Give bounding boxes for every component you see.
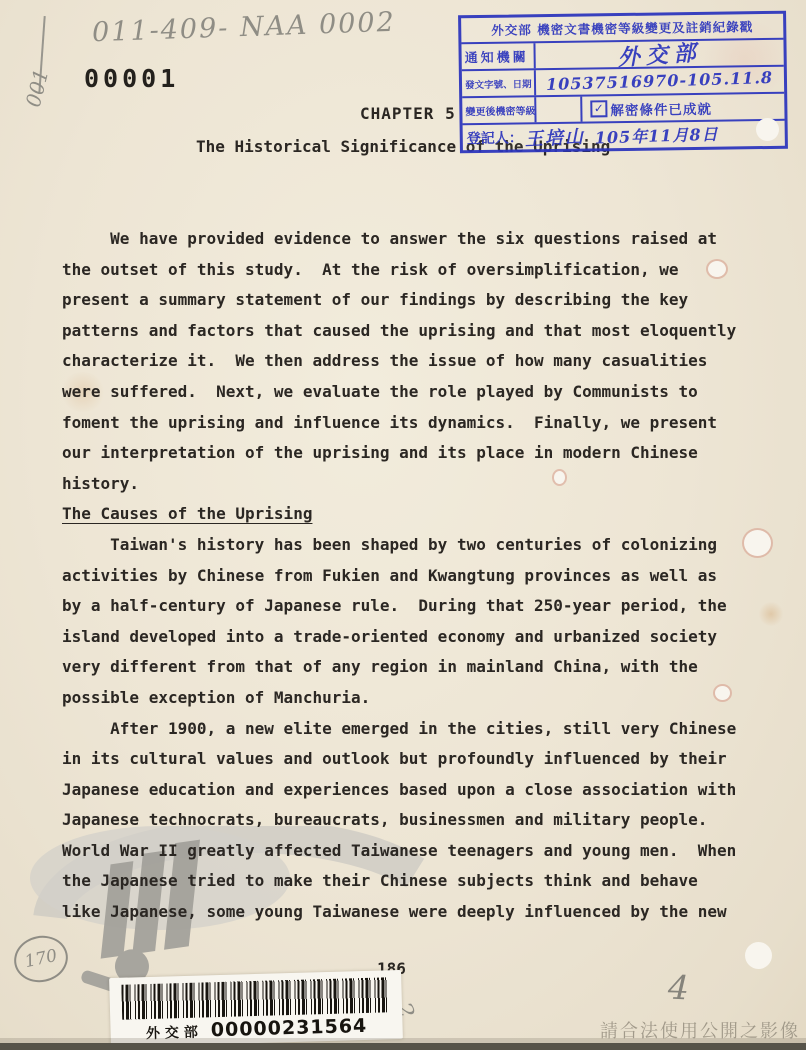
scan-edge <box>0 1043 806 1050</box>
checked-box-icon: ✓ <box>590 100 607 117</box>
stamp-label: 登記人： <box>463 127 523 148</box>
barcode-graphic <box>121 977 390 1019</box>
text-line: the Japanese tried to make their Chinese… <box>62 866 762 897</box>
text-line: foment the uprising and influence its dy… <box>62 408 762 439</box>
classification-record-stamp: 外交部 機密文書機密等級變更及註銷紀錄戳 通知機關 外交部 發文字號、日期 10… <box>458 11 788 154</box>
stamp-label: 通知機關 <box>461 43 535 69</box>
punch-hole <box>554 471 565 484</box>
handwritten-doc-number: 10537516970-105.11.8 <box>546 68 774 94</box>
handwritten-date: 105年11月8日 <box>594 122 718 149</box>
scanned-document-page: 011-409- NAA 0002 001 00001 外交部 機密文書機密等級… <box>0 0 806 1050</box>
punch-hole <box>708 261 726 277</box>
section-heading: The Causes of the Uprising <box>62 499 762 530</box>
text-line: island developed into a trade-oriented e… <box>62 622 762 653</box>
typewritten-body: We have provided evidence to answer the … <box>62 224 762 928</box>
stamp-row-registrar: 登記人： 王培山 105年11月8日 <box>463 121 785 150</box>
barcode-sticker: 外交部 00000231564 <box>109 970 403 1047</box>
stamp-row-notified-agency: 通知機關 外交部 <box>461 40 783 71</box>
punch-hole <box>715 686 730 700</box>
pencil-corner-number: 4 <box>667 968 689 1008</box>
text-line: characterize it. We then address the iss… <box>62 346 762 377</box>
pencil-side-number: 001 <box>21 67 54 110</box>
chapter-heading: CHAPTER 5 <box>360 104 456 123</box>
text-line: were suffered. Next, we evaluate the rol… <box>62 377 762 408</box>
text-line: like Japanese, some young Taiwanese were… <box>62 897 762 928</box>
text-line: very different from that of any region i… <box>62 652 762 683</box>
text-line: our interpretation of the uprising and i… <box>62 438 762 469</box>
sequence-number-stamp: 00001 <box>84 64 179 93</box>
text-line: Japanese technocrats, bureaucrats, busin… <box>62 805 762 836</box>
text-line: by a half-century of Japanese rule. Duri… <box>62 591 762 622</box>
text-line: Japanese education and experiences based… <box>62 775 762 806</box>
text-line: the outset of this study. At the risk of… <box>62 255 762 286</box>
text-line: Taiwan's history has been shaped by two … <box>62 530 762 561</box>
text-line: World War II greatly affected Taiwanese … <box>62 836 762 867</box>
stamp-label: 發文字號、日期 <box>462 70 536 96</box>
punch-hole <box>745 942 772 969</box>
punch-hole <box>756 118 779 141</box>
text-line: patterns and factors that caused the upr… <box>62 316 762 347</box>
declassified-condition-label: 解密條件已成就 <box>610 97 712 118</box>
text-line: We have provided evidence to answer the … <box>62 224 762 255</box>
text-line: present a summary statement of our findi… <box>62 285 762 316</box>
pencil-file-reference: 011-409- NAA 0002 <box>92 7 397 49</box>
handwritten-agency: 外交部 <box>617 36 703 72</box>
punch-hole <box>744 530 771 556</box>
text-line: possible exception of Manchuria. <box>62 683 762 714</box>
text-line: in its cultural values and outlook but p… <box>62 744 762 775</box>
handwritten-registrar-name: 王培山 <box>524 122 585 151</box>
text-line: history. <box>62 469 762 500</box>
text-line: activities by Chinese from Fukien and Kw… <box>62 561 762 592</box>
stamp-label: 變更後機密等級 <box>462 97 536 123</box>
text-line: After 1900, a new elite emerged in the c… <box>62 714 762 745</box>
stamp-blank-cell <box>536 97 582 123</box>
